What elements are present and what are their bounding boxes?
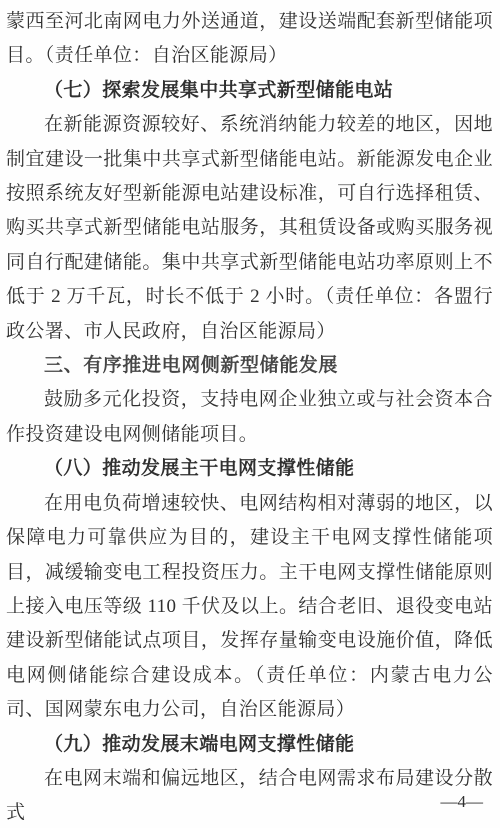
paragraph-section-9: 在电网末端和偏远地区，结合电网需求布局建设分散式 bbox=[6, 762, 493, 828]
sub-heading-9: （九）推动发展末端电网支撑性储能 bbox=[6, 728, 493, 762]
paragraph-section-8: 在用电负荷增速较快、电网结构相对薄弱的地区，以保障电力可靠供应为目的，建设主干电… bbox=[6, 487, 493, 728]
document-body: 蒙西至河北南网电力外送通道，建设送端配套新型储能项目。（责任单位：自治区能源局）… bbox=[6, 5, 493, 828]
page-number: —4— bbox=[441, 792, 484, 812]
sub-heading-8: （八）推动发展主干电网支撑性储能 bbox=[6, 452, 493, 486]
document-page: 蒙西至河北南网电力外送通道，建设送端配套新型储能项目。（责任单位：自治区能源局）… bbox=[0, 0, 500, 828]
paragraph-part-3-intro: 鼓励多元化投资，支持电网企业独立或与社会资本合作投资建设电网侧储能项目。 bbox=[6, 383, 493, 452]
paragraph-section-7: 在新能源资源较好、系统消纳能力较差的地区，因地制宜建设一批集中共享式新型储能电站… bbox=[6, 108, 493, 349]
sub-heading-7: （七）探索发展集中共享式新型储能电站 bbox=[6, 74, 493, 108]
paragraph-continued: 蒙西至河北南网电力外送通道，建设送端配套新型储能项目。（责任单位：自治区能源局） bbox=[6, 5, 493, 74]
part-heading-3: 三、有序推进电网侧新型储能发展 bbox=[6, 349, 493, 383]
